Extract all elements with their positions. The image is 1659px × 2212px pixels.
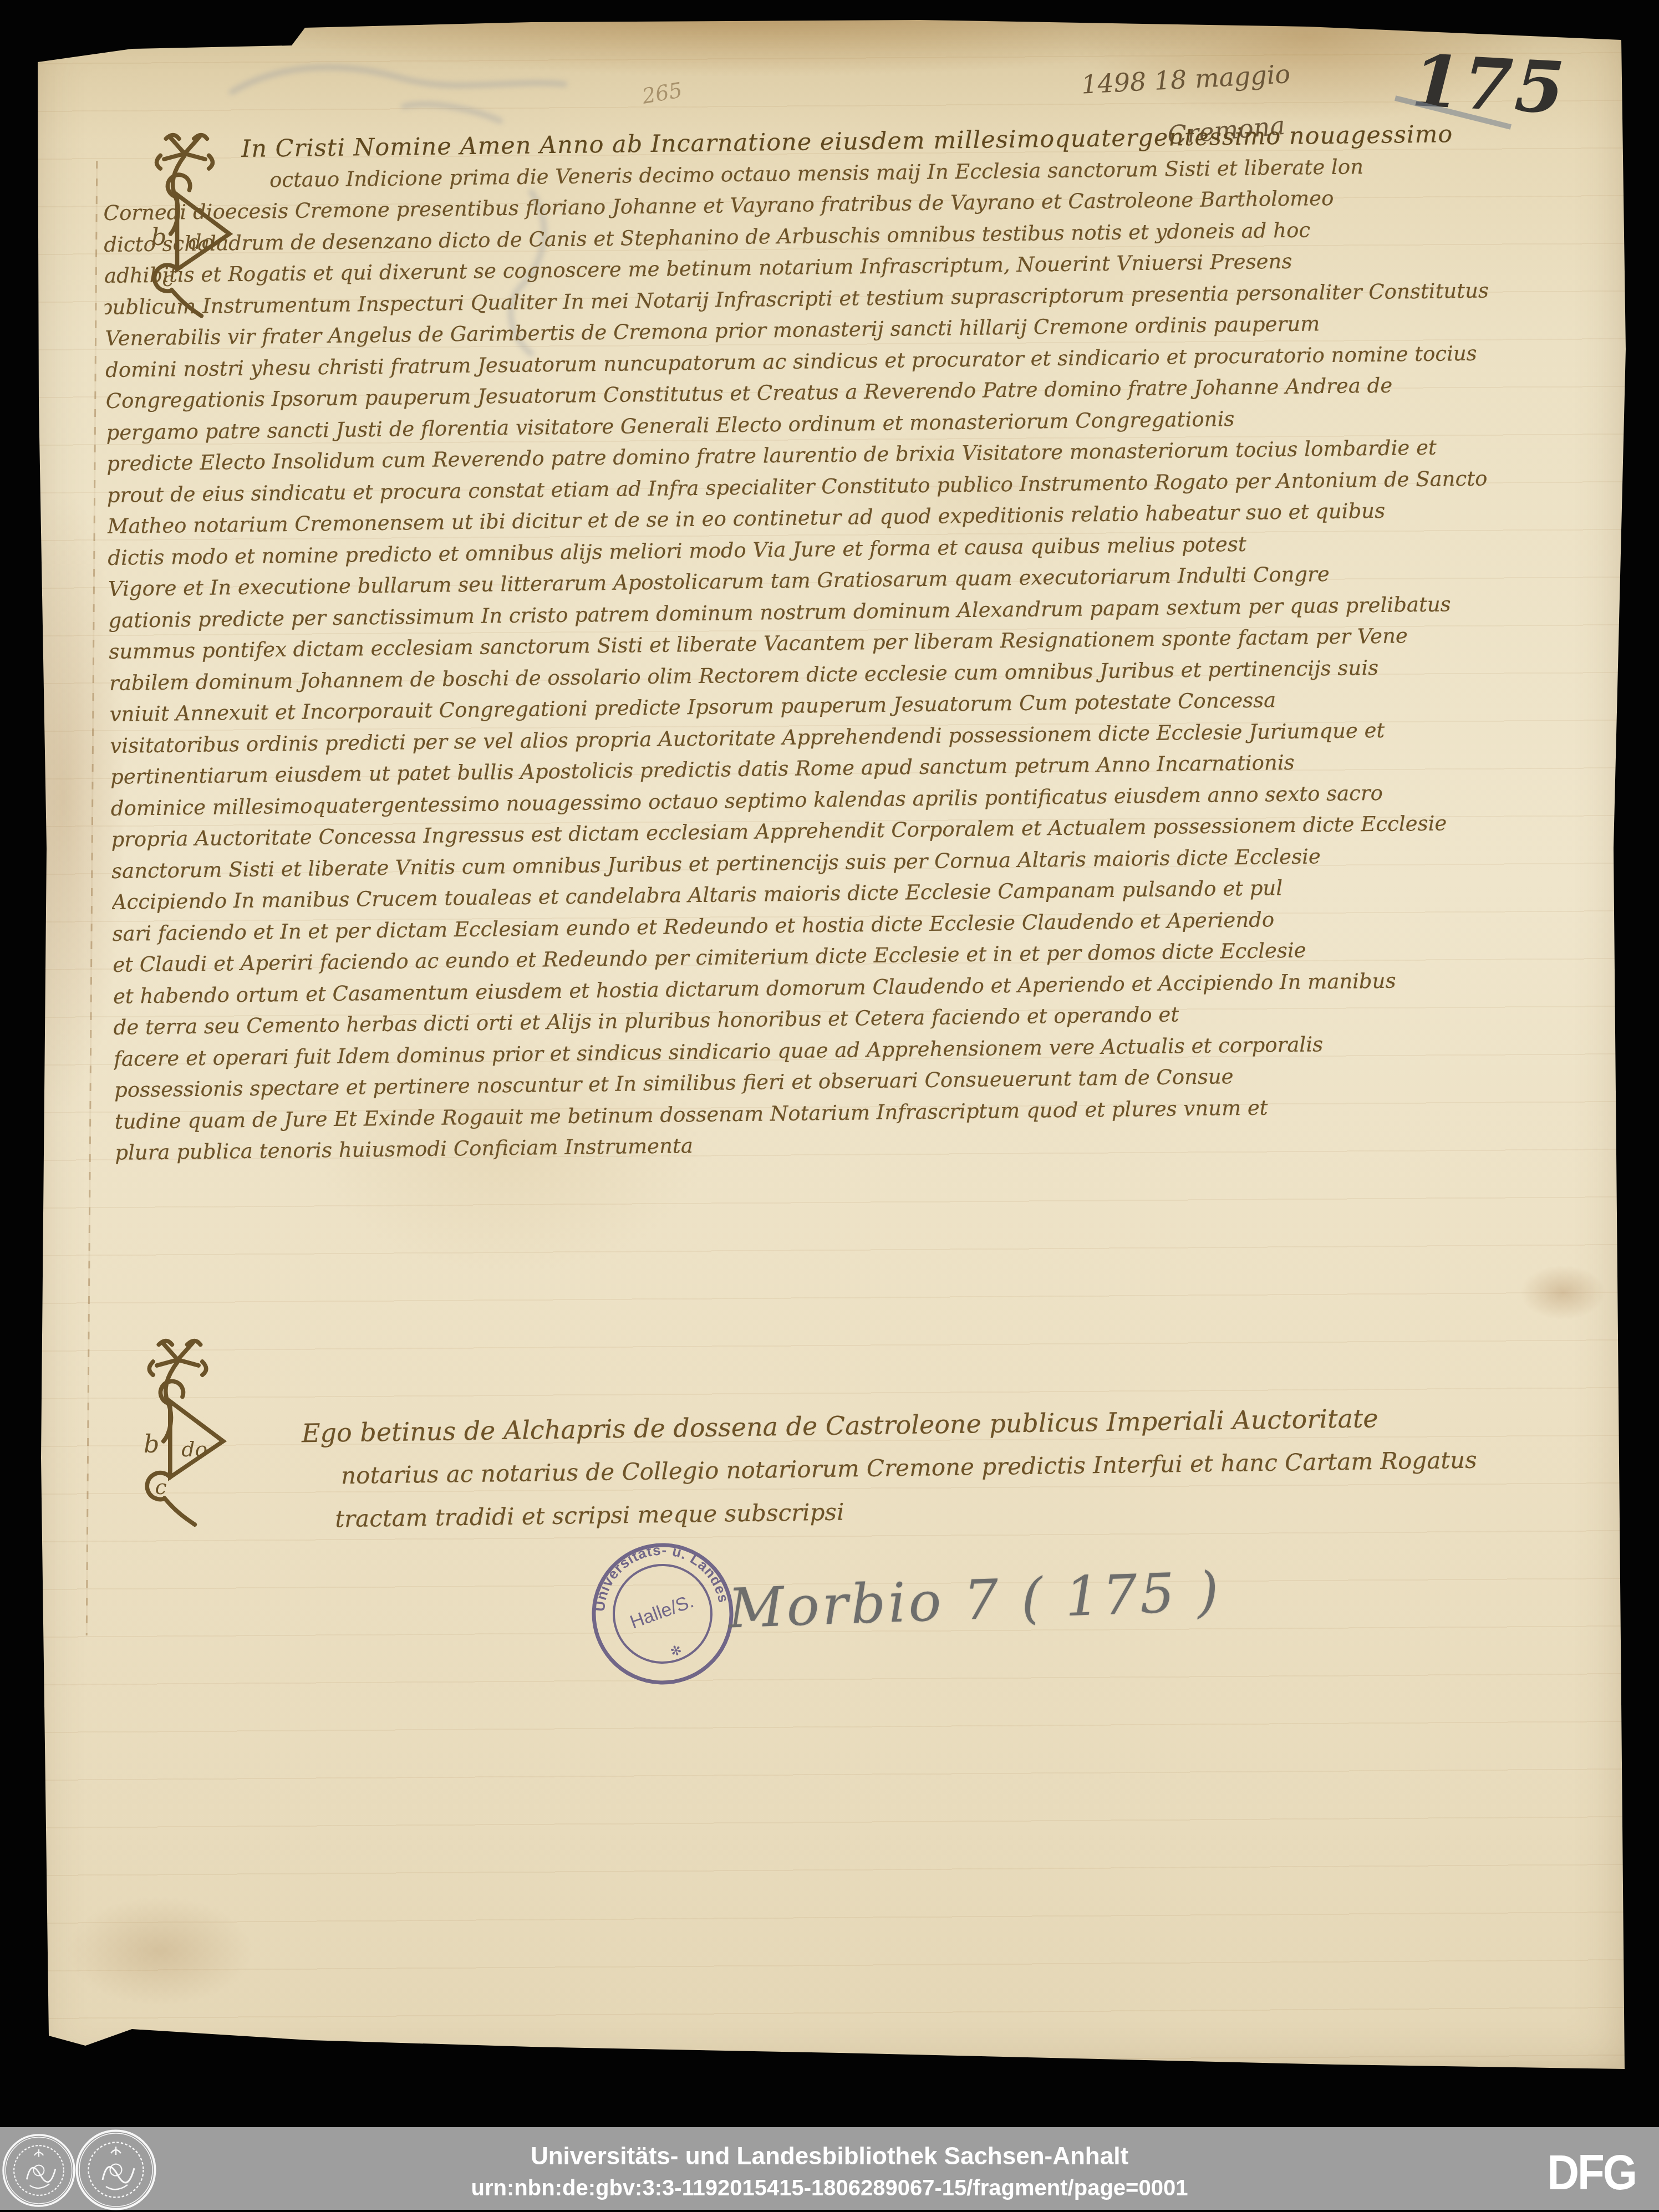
- footer-bar: Universitäts- und Landesbibliothek Sachs…: [0, 2127, 1659, 2210]
- parchment-sheet: 265 1498 18 maggio Cremona 175 In Cristi…: [32, 17, 1627, 2075]
- university-seal-icon: [1, 2133, 77, 2208]
- university-seal-icon: [74, 2128, 157, 2211]
- stamp-star-icon: ✻: [668, 1642, 684, 1660]
- notarial-act-text: In Cristi Nomine Amen Anno ab Incarnatio…: [103, 118, 1590, 1191]
- folio-number: 175: [1409, 39, 1569, 130]
- notary-subscription: Ego betinus de Alchapris de dossena de C…: [301, 1394, 1589, 1541]
- urn-identifier: urn:nbn:de:gbv:3:3-1192015415-1806289067…: [471, 2176, 1188, 2201]
- dfg-logo: DFG: [1547, 2144, 1636, 2201]
- stamp-center-text: Halle/S.: [627, 1591, 696, 1633]
- manuscript-scan-viewer: 265 1498 18 maggio Cremona 175 In Cristi…: [0, 0, 1659, 2212]
- library-name: Universitäts- und Landesbibliothek Sachs…: [531, 2143, 1128, 2170]
- notary-signum-icon: [121, 1314, 235, 1547]
